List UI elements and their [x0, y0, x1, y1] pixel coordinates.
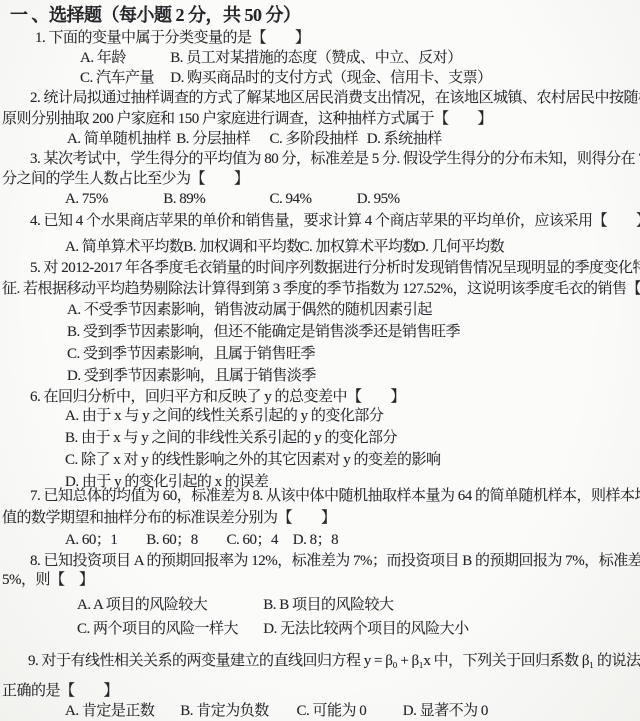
option-4d: D. 几何平均数: [415, 238, 504, 257]
question-2-options-row: A. 简单随机抽样 B. 分层抽样 C. 多阶段抽样 D. 系统抽样: [67, 130, 442, 149]
option-5d: D. 受到季节因素影响，且属于销售淡季: [67, 367, 316, 386]
question-5-stem-line-1: 5. 对 2012-2017 年各季度毛衣销量的时间序列数据进行分析时发现销售情…: [30, 259, 640, 278]
option-1d: D. 购买商品时的支付方式（现金、信用卡、支票）: [170, 69, 491, 88]
option-6c: C. 除了 x 对 y 的线性影响之外的其它因素对 y 的变差的影响: [65, 451, 441, 470]
option-9b: B. 肯定为负数: [180, 702, 293, 721]
option-7a: A. 60；1: [65, 531, 143, 550]
option-1b: B. 员工对某措施的态度（赞成、中立、反对）: [170, 49, 462, 68]
option-8a: A. A 项目的风险较大: [77, 596, 260, 615]
option-3b: B. 89%: [163, 190, 266, 209]
option-9c: C. 可能为 0: [297, 702, 400, 721]
question-3-options-row: A. 75% B. 89% C. 94% D. 95%: [65, 190, 400, 209]
option-5b: B. 受到季节因素影响，但还不能确定是销售淡季还是销售旺季: [67, 323, 460, 342]
question-4-options-row: A. 简单算术平均数 B. 加权调和平均数 C. 加权算术平均数 D. 几何平均…: [65, 238, 504, 257]
option-3a: A. 75%: [65, 190, 160, 209]
option-8d: D. 无法比较两个项目的风险大小: [263, 620, 468, 639]
option-4a: A. 简单算术平均数: [65, 238, 180, 257]
option-5c: C. 受到季节因素影响，且属于销售旺季: [67, 345, 315, 364]
option-7c: C. 60；4: [227, 531, 290, 550]
question-8-options-row-2: C. 两个项目的风险一样大 D. 无法比较两个项目的风险大小: [77, 620, 469, 639]
option-6b: B. 由于 x 与 y 之间的非线性关系引起的 y 的变化部分: [65, 429, 397, 448]
question-7-stem-line-2: 值的数学期望和抽样分布的标准误差分别为【 】: [2, 509, 336, 528]
question-1-options-row-2: C. 汽车产量 D. 购买商品时的支付方式（现金、信用卡、支票）: [80, 69, 492, 88]
option-9d: D. 显著不为 0: [403, 702, 488, 721]
section-title: 一 、选择题（每小题 2 分，共 50 分）: [10, 6, 301, 25]
option-1c: C. 汽车产量: [80, 69, 167, 88]
option-3c: C. 94%: [270, 190, 354, 209]
option-2a: A. 简单随机抽样: [67, 130, 173, 149]
option-7b: B. 60；8: [146, 531, 223, 550]
question-4-stem: 4. 已知 4 个水果商店苹果的单价和销售量，要求计算 4 个商店苹果的平均单价…: [30, 212, 640, 231]
option-2d: D. 系统抽样: [367, 130, 442, 149]
question-3-stem-line-1: 3. 某次考试中，学生得分的平均值为 80 分，标准差是 5 分. 假设学生得分…: [30, 150, 640, 169]
option-5a: A. 不受季节因素影响，销售波动属于偶然的随机因素引起: [67, 301, 432, 320]
question-7-stem-line-1: 7. 已知总体的均值为 60，标准差为 8. 从该中体中随机抽取样本量为 64 …: [30, 487, 640, 506]
option-7d: D. 8；8: [293, 531, 338, 550]
option-4b: B. 加权调和平均数: [183, 238, 296, 257]
option-1a: A. 年龄: [80, 49, 167, 68]
option-3d: D. 95%: [357, 190, 400, 209]
question-9-stem-line-1: 9. 对于有线性相关关系的两变量建立的直线回归方程 y = β₀ + β₁x 中…: [28, 652, 640, 671]
option-9a: A. 肯定是正数: [65, 702, 177, 721]
question-2-stem-line-2: 原则分别抽取 200 户家庭和 150 户家庭进行调查，这种抽样方式属于【 】: [2, 110, 492, 129]
option-2b: B. 分层抽样: [176, 130, 266, 149]
question-1-stem: 1. 下面的变量中属于分类变量的是【 】: [35, 29, 310, 48]
question-7-options-row: A. 60；1 B. 60；8 C. 60；4 D. 8；8: [65, 531, 338, 550]
question-9-stem-line-2: 正确的是【 】: [2, 682, 118, 701]
option-4c: C. 加权算术平均数: [300, 238, 412, 257]
option-6a: A. 由于 x 与 y 之间的线性关系引起的 y 的变化部分: [65, 407, 383, 426]
option-8b: B. B 项目的风险较大: [263, 596, 393, 615]
exam-page: 一 、选择题（每小题 2 分，共 50 分） 1. 下面的变量中属于分类变量的是…: [0, 0, 640, 721]
question-8-stem-line-2: 5%，则【 】: [2, 571, 94, 590]
option-8c: C. 两个项目的风险一样大: [77, 620, 260, 639]
question-2-stem-line-1: 2. 统计局拟通过抽样调查的方式了解某地区居民消费支出情况，在该地区城镇、农村居…: [30, 89, 640, 108]
question-6-stem: 6. 在回归分析中，回归平方和反映了 y 的总变差中【 】: [30, 388, 405, 407]
question-8-options-row-1: A. A 项目的风险较大 B. B 项目的风险较大: [77, 596, 394, 615]
question-1-options-row-1: A. 年龄 B. 员工对某措施的态度（赞成、中立、反对）: [80, 49, 462, 68]
question-8-stem-line-1: 8. 已知投资项目 A 的预期回报率为 12%，标准差为 7%；而投资项目 B …: [30, 552, 640, 571]
question-9-options-row: A. 肯定是正数 B. 肯定为负数 C. 可能为 0 D. 显著不为 0: [65, 702, 488, 721]
question-3-stem-line-2: 分之间的学生人数占比至少为【 】: [2, 170, 249, 189]
option-2c: C. 多阶段抽样: [270, 130, 364, 149]
question-5-stem-line-2: 征. 若根据移动平均趋势剔除法计算得到第 3 季度的季节指数为 127.52%，…: [2, 280, 640, 299]
